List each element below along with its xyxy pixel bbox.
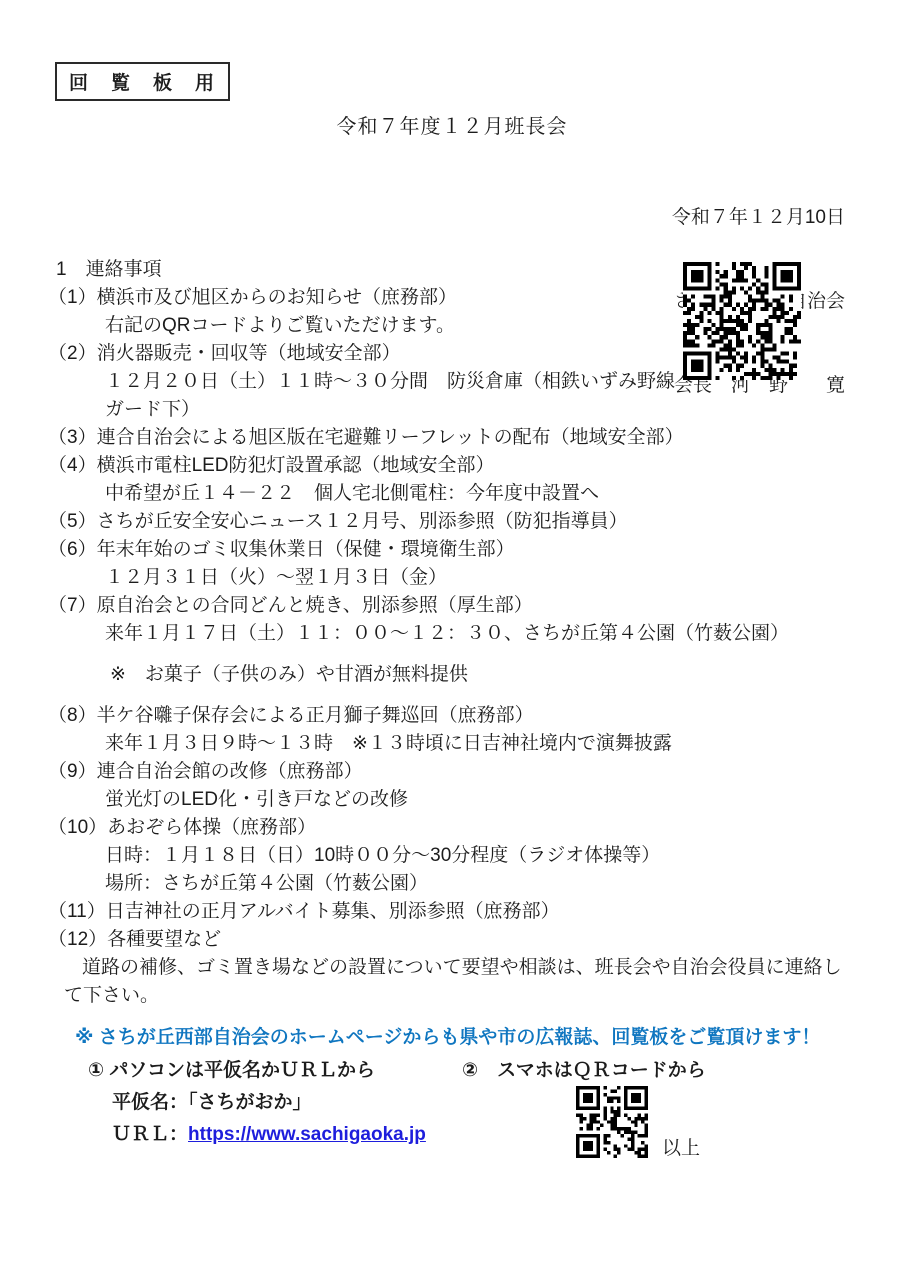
issue-date: 令和７年１２月10日 xyxy=(672,204,845,232)
notice-line: １２月２０日（土）１１時～３０分間 防災倉庫（相鉄いずみ野線 xyxy=(48,368,858,396)
notice-line: 場所：さちが丘第４公園（竹薮公園） xyxy=(48,870,858,898)
notice-line: （3）連合自治会による旭区版在宅避難リーフレットの配布（地域安全部） xyxy=(48,424,858,452)
smartphone-instruction: ② スマホはＱＲコードから xyxy=(462,1055,706,1082)
circulation-stamp: 回 覧 板 用 xyxy=(55,62,230,101)
notice-line: （7）原自治会との合同どんと焼き、別添参照（厚生部） xyxy=(48,592,858,620)
notice-list: 1 連絡事項 （1）横浜市及び旭区からのお知らせ（庶務部） 右記のQRコードより… xyxy=(48,256,858,1010)
pc-instruction: ① パソコンは平仮名かＵＲＬから xyxy=(88,1055,375,1082)
notice-line: ガード下） xyxy=(48,396,858,424)
notice-line: （1）横浜市及び旭区からのお知らせ（庶務部） xyxy=(48,284,858,312)
notice-note-line: ※ お菓子（子供のみ）や甘酒が無料提供 xyxy=(48,661,858,689)
homepage-link[interactable]: https://www.sachigaoka.jp xyxy=(188,1124,426,1145)
notice-line: 来年１月３日９時～１３時 ※１３時頃に日吉神社境内で演舞披露 xyxy=(48,730,858,758)
notice-line: （12）各種要望など xyxy=(48,926,858,954)
notice-line: 蛍光灯のLED化・引き戸などの改修 xyxy=(48,786,858,814)
homepage-notice: ※ さちが丘西部自治会のホームページからも県や市の広報誌、回覧板をご覧頂けます！ xyxy=(75,1022,820,1049)
notice-line: （8）半ケ谷囃子保存会による正月獅子舞巡回（庶務部） xyxy=(48,702,858,730)
notice-line: 中希望が丘１４－２２ 個人宅北側電柱：今年度中設置へ xyxy=(48,480,858,508)
notice-line: 来年１月１７日（土）１１：００～１２：３０、さちが丘第４公園（竹薮公園） xyxy=(48,620,858,648)
notice-line: （4）横浜市電柱LED防犯灯設置承認（地域安全部） xyxy=(48,452,858,480)
hiragana-name: 平仮名：「さちがおか」 xyxy=(112,1087,312,1114)
closing-text: 以上 xyxy=(662,1133,700,1160)
notice-line: （5）さちが丘安全安心ニュース１２月号、別添参照（防犯指導員） xyxy=(48,508,858,536)
notice-line: （11）日吉神社の正月アルバイト募集、別添参照（庶務部） xyxy=(48,898,858,926)
notice-line: （2）消火器販売・回収等（地域安全部） xyxy=(48,340,858,368)
notice-line: （10）あおぞら体操（庶務部） xyxy=(48,814,858,842)
page-title: 令和７年度１２月班長会 xyxy=(0,110,904,139)
url-line: ＵＲＬ：https://www.sachigaoka.jp xyxy=(112,1119,426,1146)
notice-line: （9）連合自治会館の改修（庶務部） xyxy=(48,758,858,786)
section-heading: 1 連絡事項 xyxy=(48,256,858,284)
notice-line: 日時：１月１８日（日）10時００分～30分程度（ラジオ体操等） xyxy=(48,842,858,870)
notice-line: 右記のQRコードよりご覧いただけます。 xyxy=(48,312,858,340)
notice-line: １２月３１日（火）～翌１月３日（金） xyxy=(48,564,858,592)
notice-line: 道路の補修、ゴミ置き場などの設置について要望や相談は、班長会や自治会役員に連絡し xyxy=(48,954,858,982)
notice-line: （6）年末年始のゴミ収集休業日（保健・環境衛生部） xyxy=(48,536,858,564)
notice-line: て下さい。 xyxy=(48,982,858,1010)
url-label: ＵＲＬ： xyxy=(112,1124,188,1145)
document-page: 回 覧 板 用 令和７年度１２月班長会 令和７年１２月10日 さちが丘西部自治会… xyxy=(0,0,904,1280)
qr-code-homepage-icon xyxy=(576,1086,648,1158)
